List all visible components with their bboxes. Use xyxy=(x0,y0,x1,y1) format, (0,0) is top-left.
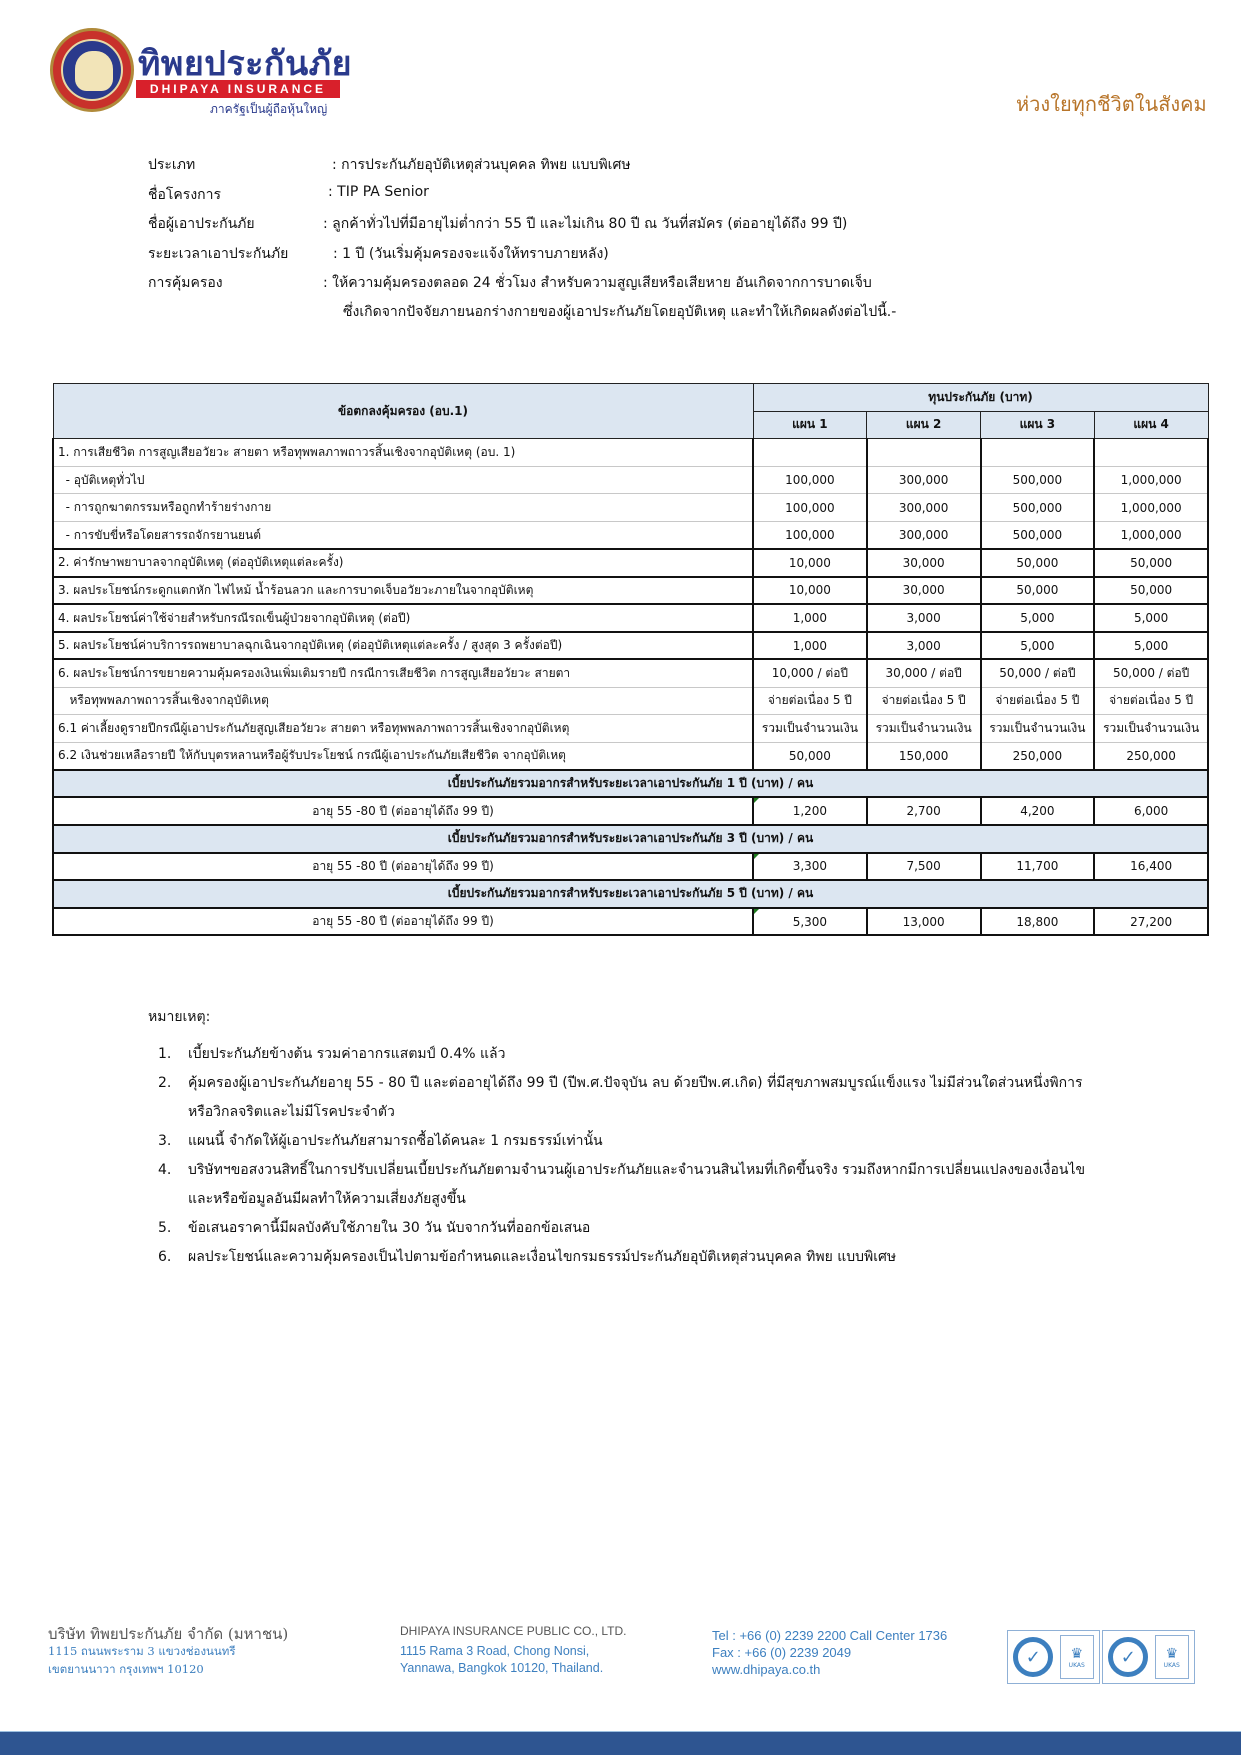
premium-value: 18,800 xyxy=(981,908,1095,936)
premium-section-title: เบี้ยประกันภัยรวมอากรสำหรับระยะเวลาเอาปร… xyxy=(53,880,1208,908)
plan-value: 1,000,000 xyxy=(1094,466,1208,494)
note-item: 4.บริษัทฯขอสงวนสิทธิ์ในการปรับเปลี่ยนเบี… xyxy=(158,1156,1098,1214)
certification-badges: ✓ ♛UKAS ✓ ♛UKAS xyxy=(1007,1630,1195,1684)
plan-value: จ่ายต่อเนื่อง 5 ปี xyxy=(753,687,867,715)
plan-value: 250,000 xyxy=(981,742,1095,770)
coverage-header: ข้อตกลงคุ้มครอง (อบ.1) xyxy=(53,384,753,439)
plan-value: 10,000 xyxy=(753,577,867,605)
logo-emblem-icon xyxy=(50,28,134,112)
plan-value: 1,000,000 xyxy=(1094,494,1208,522)
plan-value: 50,000 xyxy=(981,549,1095,577)
plan-value: 1,000 xyxy=(753,604,867,632)
plan-value: 5,000 xyxy=(981,604,1095,632)
coverage-description: 3. ผลประโยชน์กระดูกแตกหัก ไฟไหม้ น้ำร้อน… xyxy=(53,577,753,605)
sgs-check-icon: ✓ xyxy=(1108,1637,1148,1677)
address-thai: 1115 ถนนพระราม 3 แขวงช่องนนทรี เขตยานนาว… xyxy=(48,1642,236,1678)
info-label: การคุ้มครอง xyxy=(148,272,223,294)
notes: หมายเหตุ: 1.เบี้ยประกันภัยข้างต้น รวมค่า… xyxy=(148,1006,1088,1272)
plan-value xyxy=(981,439,1095,467)
table-row: 6. ผลประโยชน์การขยายความคุ้มครองเงินเพิ่… xyxy=(53,659,1208,687)
sgs-check-icon: ✓ xyxy=(1013,1637,1053,1677)
address-english: 1115 Rama 3 Road, Chong Nonsi, Yannawa, … xyxy=(400,1643,603,1677)
note-text: ข้อเสนอราคานี้มีผลบังคับใช้ภายใน 30 วัน … xyxy=(188,1220,590,1236)
note-text: คุ้มครองผู้เอาประกันภัยอายุ 55 - 80 ปี แ… xyxy=(188,1075,1083,1120)
note-text: แผนนี้ จำกัดให้ผู้เอาประกันภัยสามารถซื้อ… xyxy=(188,1133,603,1149)
plan-value: รวมเป็นจำนวนเงิน xyxy=(1094,715,1208,743)
plan-header: แผน 2 xyxy=(867,411,981,439)
plan-value: จ่ายต่อเนื่อง 5 ปี xyxy=(981,687,1095,715)
logo-english-name: DHIPAYA INSURANCE xyxy=(136,80,340,98)
fax: Fax : +66 (0) 2239 2049 xyxy=(712,1644,947,1661)
coverage-description: 6.1 ค่าเลี้ยงดูรายปีกรณีผู้เอาประกันภัยส… xyxy=(53,715,753,743)
plan-value: 300,000 xyxy=(867,521,981,549)
info-value: : 1 ปี (วันเริ่มคุ้มครองจะแจ้งให้ทราบภาย… xyxy=(333,243,609,265)
plan-value: 50,000 xyxy=(1094,549,1208,577)
contact-info: Tel : +66 (0) 2239 2200 Call Center 1736… xyxy=(712,1627,947,1678)
info-label: ประเภท xyxy=(148,154,195,176)
coverage-description: - การถูกฆาตกรรมหรือถูกทำร้ายร่างกาย xyxy=(53,494,753,522)
plan-value: 5,000 xyxy=(1094,604,1208,632)
note-text: บริษัทฯขอสงวนสิทธิ์ในการปรับเปลี่ยนเบี้ย… xyxy=(188,1162,1085,1207)
plan-value: 50,000 / ต่อปี xyxy=(1094,659,1208,687)
plan-value: 300,000 xyxy=(867,494,981,522)
info-value: : การประกันภัยอุบัติเหตุส่วนบุคคล ทิพย แ… xyxy=(332,154,631,176)
sum-insured-header: ทุนประกันภัย (บาท) xyxy=(753,384,1208,412)
premium-value: 13,000 xyxy=(867,908,981,936)
note-item: 3.แผนนี้ จำกัดให้ผู้เอาประกันภัยสามารถซื… xyxy=(158,1127,1098,1156)
plan-value: 50,000 xyxy=(981,577,1095,605)
plan-header: แผน 4 xyxy=(1094,411,1208,439)
coverage-description: 6. ผลประโยชน์การขยายความคุ้มครองเงินเพิ่… xyxy=(53,659,753,687)
note-number: 3. xyxy=(158,1127,171,1156)
table-row: 4. ผลประโยชน์ค่าใช้จ่ายสำหรับกรณีรถเข็นผ… xyxy=(53,604,1208,632)
table-row: - อุบัติเหตุทั่วไป100,000300,000500,0001… xyxy=(53,466,1208,494)
plan-value: 1,000,000 xyxy=(1094,521,1208,549)
plan-value xyxy=(1094,439,1208,467)
plan-value: 10,000 xyxy=(753,549,867,577)
company-logo: ทิพยประกันภัย DHIPAYA INSURANCE ภาครัฐเป… xyxy=(50,26,340,120)
website-link[interactable]: www.dhipaya.co.th xyxy=(712,1661,947,1678)
premium-value: 2,700 xyxy=(867,797,981,825)
ukas-crown-icon: ♛UKAS xyxy=(1155,1635,1189,1679)
address-english-line: 1115 Rama 3 Road, Chong Nonsi, xyxy=(400,1643,603,1660)
plan-value: 5,000 xyxy=(981,632,1095,660)
note-number: 1. xyxy=(158,1040,171,1069)
table-row: - การถูกฆาตกรรมหรือถูกทำร้ายร่างกาย100,0… xyxy=(53,494,1208,522)
premium-value: 27,200 xyxy=(1094,908,1208,936)
coverage-description: - การขับขี่หรือโดยสารรถจักรยานยนต์ xyxy=(53,521,753,549)
table-row: 1. การเสียชีวิต การสูญเสียอวัยวะ สายตา ห… xyxy=(53,439,1208,467)
info-label: ชื่อผู้เอาประกันภัย xyxy=(148,213,255,235)
plan-value: 100,000 xyxy=(753,466,867,494)
notes-title: หมายเหตุ: xyxy=(148,1006,1088,1028)
plan-value xyxy=(753,439,867,467)
table-row: 6.1 ค่าเลี้ยงดูรายปีกรณีผู้เอาประกันภัยส… xyxy=(53,715,1208,743)
premium-value: 7,500 xyxy=(867,853,981,881)
note-number: 6. xyxy=(158,1243,171,1272)
note-text: ผลประโยชน์และความคุ้มครองเป็นไปตามข้อกำห… xyxy=(188,1249,896,1265)
note-number: 5. xyxy=(158,1214,171,1243)
plan-value: 500,000 xyxy=(981,494,1095,522)
info-label: ระยะเวลาเอาประกันภัย xyxy=(148,243,288,265)
note-number: 4. xyxy=(158,1156,171,1185)
plan-value: 100,000 xyxy=(753,521,867,549)
table-row: - การขับขี่หรือโดยสารรถจักรยานยนต์100,00… xyxy=(53,521,1208,549)
premium-value: 6,000 xyxy=(1094,797,1208,825)
note-text: เบี้ยประกันภัยข้างต้น รวมค่าอากรแสตมป์ 0… xyxy=(188,1046,505,1062)
footer-bar xyxy=(0,1731,1241,1755)
premium-value: 5,300 xyxy=(753,908,867,936)
note-item: 5.ข้อเสนอราคานี้มีผลบังคับใช้ภายใน 30 วั… xyxy=(158,1214,1098,1243)
premium-value: 11,700 xyxy=(981,853,1095,881)
plan-value: 50,000 xyxy=(753,742,867,770)
plan-value: จ่ายต่อเนื่อง 5 ปี xyxy=(867,687,981,715)
coverage-description: - อุบัติเหตุทั่วไป xyxy=(53,466,753,494)
plan-header: แผน 1 xyxy=(753,411,867,439)
premium-value: 4,200 xyxy=(981,797,1095,825)
plan-value: 30,000 / ต่อปี xyxy=(867,659,981,687)
plan-value: รวมเป็นจำนวนเงิน xyxy=(867,715,981,743)
plan-value: รวมเป็นจำนวนเงิน xyxy=(981,715,1095,743)
note-item: 6.ผลประโยชน์และความคุ้มครองเป็นไปตามข้อก… xyxy=(158,1243,1098,1272)
premium-section-title: เบี้ยประกันภัยรวมอากรสำหรับระยะเวลาเอาปร… xyxy=(53,770,1208,798)
plan-value: 150,000 xyxy=(867,742,981,770)
note-item: 2.คุ้มครองผู้เอาประกันภัยอายุ 55 - 80 ปี… xyxy=(158,1069,1098,1127)
premium-row: อายุ 55 -80 ปี (ต่ออายุได้ถึง 99 ปี)5,30… xyxy=(53,908,1208,936)
plan-value: 30,000 xyxy=(867,577,981,605)
coverage-description: 4. ผลประโยชน์ค่าใช้จ่ายสำหรับกรณีรถเข็นผ… xyxy=(53,604,753,632)
plan-value: 50,000 xyxy=(1094,577,1208,605)
plan-value: 1,000 xyxy=(753,632,867,660)
plan-header: แผน 3 xyxy=(981,411,1095,439)
address-thai-line: เขตยานนาวา กรุงเทพฯ 10120 xyxy=(48,1660,236,1678)
coverage-description: 1. การเสียชีวิต การสูญเสียอวัยวะ สายตา ห… xyxy=(53,439,753,467)
table-row: 5. ผลประโยชน์ค่าบริการรถพยาบาลฉุกเฉินจาก… xyxy=(53,632,1208,660)
premium-section-header: เบี้ยประกันภัยรวมอากรสำหรับระยะเวลาเอาปร… xyxy=(53,770,1208,798)
plan-value: 500,000 xyxy=(981,466,1095,494)
info-value: : ให้ความคุ้มครองตลอด 24 ชั่วโมง สำหรับค… xyxy=(323,272,872,294)
certification-badge: ✓ ♛UKAS xyxy=(1007,1630,1100,1684)
info-value: : ลูกค้าทั่วไปที่มีอายุไม่ต่ำกว่า 55 ปี … xyxy=(323,213,847,235)
ukas-crown-icon: ♛UKAS xyxy=(1060,1635,1094,1679)
coverage-table: ข้อตกลงคุ้มครอง (อบ.1) ทุนประกันภัย (บาท… xyxy=(52,383,1209,936)
age-range-label: อายุ 55 -80 ปี (ต่ออายุได้ถึง 99 ปี) xyxy=(53,853,753,881)
age-range-label: อายุ 55 -80 ปี (ต่ออายุได้ถึง 99 ปี) xyxy=(53,797,753,825)
plan-value: 300,000 xyxy=(867,466,981,494)
plan-value: 30,000 xyxy=(867,549,981,577)
coverage-description: 5. ผลประโยชน์ค่าบริการรถพยาบาลฉุกเฉินจาก… xyxy=(53,632,753,660)
premium-row: อายุ 55 -80 ปี (ต่ออายุได้ถึง 99 ปี)1,20… xyxy=(53,797,1208,825)
table-row: หรือทุพพลภาพถาวรสิ้นเชิงจากอุบัติเหตุจ่า… xyxy=(53,687,1208,715)
plan-value: 10,000 / ต่อปี xyxy=(753,659,867,687)
table-row: 3. ผลประโยชน์กระดูกแตกหัก ไฟไหม้ น้ำร้อน… xyxy=(53,577,1208,605)
plan-value: จ่ายต่อเนื่อง 5 ปี xyxy=(1094,687,1208,715)
footer: บริษัท ทิพยประกันภัย จำกัด (มหาชน) 1115 … xyxy=(0,1620,1241,1700)
info-label: ชื่อโครงการ xyxy=(148,184,221,206)
slogan: ห่วงใยทุกชีวิตในสังคม xyxy=(1016,88,1207,120)
plan-value: 5,000 xyxy=(1094,632,1208,660)
address-english-line: Yannawa, Bangkok 10120, Thailand. xyxy=(400,1660,603,1677)
table-row: 6.2 เงินช่วยเหลือรายปี ให้กับบุตรหลานหรื… xyxy=(53,742,1208,770)
table-row: 2. ค่ารักษาพยาบาลจากอุบัติเหตุ (ต่ออุบัต… xyxy=(53,549,1208,577)
coverage-description: หรือทุพพลภาพถาวรสิ้นเชิงจากอุบัติเหตุ xyxy=(53,687,753,715)
premium-value: 3,300 xyxy=(753,853,867,881)
info-value-continuation: ซึ่งเกิดจากปัจจัยภายนอกร่างกายของผู้เอาป… xyxy=(343,301,896,323)
coverage-description: 2. ค่ารักษาพยาบาลจากอุบัติเหตุ (ต่ออุบัต… xyxy=(53,549,753,577)
plan-value: 3,000 xyxy=(867,604,981,632)
address-thai-line: 1115 ถนนพระราม 3 แขวงช่องนนทรี xyxy=(48,1642,236,1660)
premium-value: 1,200 xyxy=(753,797,867,825)
plan-value: 100,000 xyxy=(753,494,867,522)
plan-value: 500,000 xyxy=(981,521,1095,549)
telephone: Tel : +66 (0) 2239 2200 Call Center 1736 xyxy=(712,1627,947,1644)
plan-value: รวมเป็นจำนวนเงิน xyxy=(753,715,867,743)
premium-section-header: เบี้ยประกันภัยรวมอากรสำหรับระยะเวลาเอาปร… xyxy=(53,880,1208,908)
coverage-description: 6.2 เงินช่วยเหลือรายปี ให้กับบุตรหลานหรื… xyxy=(53,742,753,770)
premium-row: อายุ 55 -80 ปี (ต่ออายุได้ถึง 99 ปี)3,30… xyxy=(53,853,1208,881)
logo-tagline: ภาครัฐเป็นผู้ถือหุ้นใหญ่ xyxy=(210,100,327,119)
plan-value xyxy=(867,439,981,467)
info-value: : TIP PA Senior xyxy=(328,184,429,200)
plan-value: 250,000 xyxy=(1094,742,1208,770)
note-item: 1.เบี้ยประกันภัยข้างต้น รวมค่าอากรแสตมป์… xyxy=(158,1040,1098,1069)
age-range-label: อายุ 55 -80 ปี (ต่ออายุได้ถึง 99 ปี) xyxy=(53,908,753,936)
certification-badge: ✓ ♛UKAS xyxy=(1102,1630,1195,1684)
premium-section-header: เบี้ยประกันภัยรวมอากรสำหรับระยะเวลาเอาปร… xyxy=(53,825,1208,853)
note-number: 2. xyxy=(158,1069,171,1098)
premium-value: 16,400 xyxy=(1094,853,1208,881)
plan-value: 3,000 xyxy=(867,632,981,660)
premium-section-title: เบี้ยประกันภัยรวมอากรสำหรับระยะเวลาเอาปร… xyxy=(53,825,1208,853)
plan-value: 50,000 / ต่อปี xyxy=(981,659,1095,687)
company-name-english: DHIPAYA INSURANCE PUBLIC CO., LTD. xyxy=(400,1624,627,1638)
